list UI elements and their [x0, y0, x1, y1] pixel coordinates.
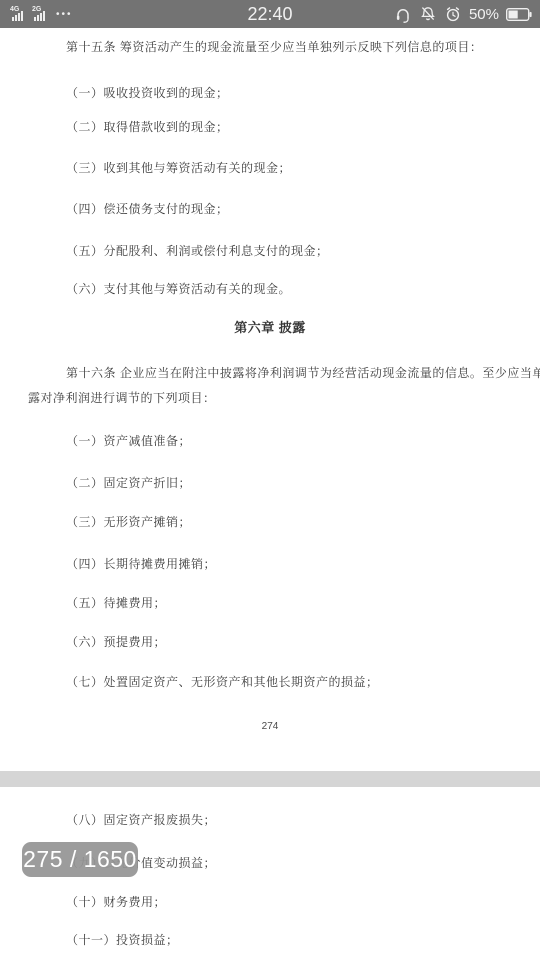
list-item-line: （六）预提费用；: [66, 635, 166, 650]
list-item-line: （三）收到其他与筹资活动有关的现金；: [66, 161, 291, 176]
list-item-line: （五）待摊费用；: [66, 596, 166, 611]
list-item-line: （四）偿还债务支付的现金；: [66, 202, 229, 217]
list-item-line: （一）吸收投资收到的现金；: [66, 86, 229, 101]
page-number: 274: [0, 719, 540, 734]
list-item-line: （二）固定资产折旧；: [66, 476, 191, 491]
list-item-line: （一）资产减值准备；: [66, 434, 191, 449]
headset-icon: [394, 5, 412, 23]
list-item-line: （五）分配股利、利润或偿付利息支付的现金；: [66, 244, 329, 259]
phone-screen: 4G 2G ••• 22:40: [0, 0, 540, 960]
list-item-line: （十）财务费用；: [66, 895, 166, 910]
battery-percent: 50%: [469, 6, 499, 23]
article-16-line-2: 露对净利润进行调节的下列项目：: [28, 391, 216, 406]
status-time: 22:40: [247, 0, 292, 28]
alarm-icon: [444, 5, 462, 23]
signal-2g-icon: 2G: [32, 6, 50, 22]
article-15-heading: 第十五条 筹资活动产生的现金流量至少应当单独列示反映下列信息的项目：: [66, 40, 482, 55]
status-bar-right: 50%: [394, 0, 532, 28]
list-item-line: （二）取得借款收到的现金；: [66, 120, 229, 135]
article-16-line-1: 第十六条 企业应当在附注中披露将净利润调节为经营活动现金流量的信息。至少应当单独…: [66, 366, 540, 381]
page-indicator-toast: 275 / 1650: [22, 842, 138, 877]
list-item-line: （四）长期待摊费用摊销；: [66, 557, 216, 572]
status-bar: 4G 2G ••• 22:40: [0, 0, 540, 28]
list-item-line: （八）固定资产报废损失；: [66, 813, 216, 828]
list-item-line: （十一）投资损益；: [66, 933, 179, 948]
mute-bell-icon: [419, 5, 437, 23]
battery-icon: [506, 8, 532, 21]
list-item-line: （六）支付其他与筹资活动有关的现金。: [66, 282, 291, 297]
chapter-heading: 第六章 披露: [0, 320, 540, 335]
signal-4g-icon: 4G: [10, 6, 28, 22]
status-bar-left: 4G 2G •••: [10, 0, 73, 28]
list-item-line: （三）无形资产摊销；: [66, 515, 191, 530]
page-break-divider: [0, 771, 540, 787]
list-item-line: （七）处置固定资产、无形资产和其他长期资产的损益；: [66, 675, 379, 690]
more-notifications-icon: •••: [54, 9, 73, 20]
